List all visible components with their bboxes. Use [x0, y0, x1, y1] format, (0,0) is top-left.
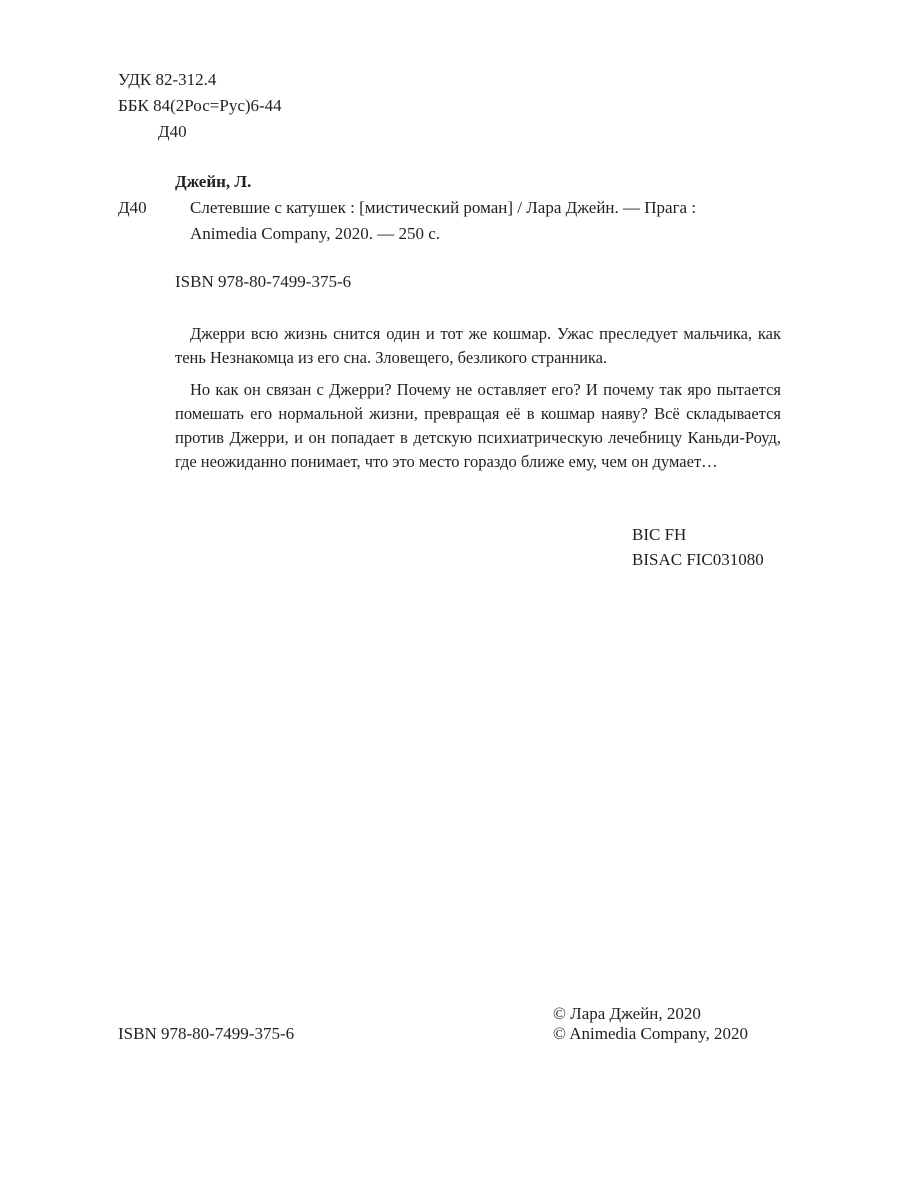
bbk-code: ББК 84(2Рос=Рус)6-44: [118, 94, 282, 118]
annotation-paragraph: Джерри всю жизнь снится один и тот же ко…: [175, 322, 781, 370]
bibliographic-description-line-1: Слетевшие с катушек : [мистический роман…: [190, 196, 696, 220]
annotation: Джерри всю жизнь снится один и тот же ко…: [175, 322, 781, 482]
isbn-main: ISBN 978-80-7499-375-6: [175, 270, 351, 294]
annotation-paragraph: Но как он связан с Джерри? Почему не ост…: [175, 378, 781, 474]
author-code-top: Д40: [158, 120, 187, 144]
bisac-code: BISAC FIC031080: [632, 548, 764, 572]
author-heading: Джейн, Л.: [175, 170, 251, 194]
udk-code: УДК 82-312.4: [118, 68, 216, 92]
copyright-publisher: © Animedia Company, 2020: [553, 1022, 748, 1046]
isbn-footer: ISBN 978-80-7499-375-6: [118, 1022, 294, 1046]
bibliographic-description-line-2: Animedia Company, 2020. — 250 с.: [190, 222, 440, 246]
author-code-left: Д40: [118, 196, 147, 220]
bic-code: BIC FH: [632, 523, 686, 547]
